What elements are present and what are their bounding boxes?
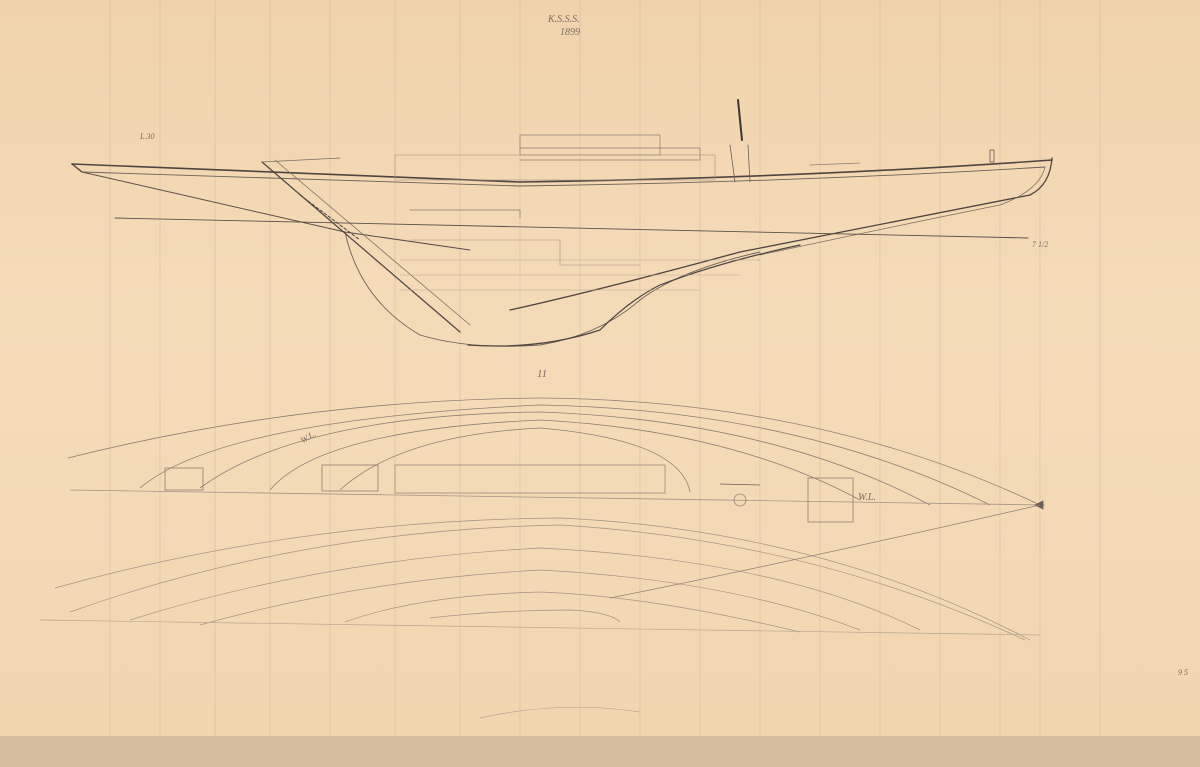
sheer-plan [72, 100, 1052, 346]
station-label: L.30 [140, 132, 154, 141]
station-grid [110, 0, 1100, 736]
midship-mark: 11 [537, 368, 547, 380]
drawing-sheet: K.S.S.S. 1899 L.30 11 W.L. W.L. 7 1/2 9 … [0, 0, 1200, 767]
year-mark: 1899 [560, 27, 580, 38]
edge-note: 9 5 [1178, 668, 1188, 677]
title-mark: K.S.S.S. [548, 14, 580, 25]
waterline-label-right: W.L. [858, 492, 876, 503]
yacht-lines-drawing [0, 0, 1200, 767]
stem-mark: 7 1/2 [1032, 240, 1048, 249]
half-breadth-plan [68, 398, 1045, 522]
section-lines [40, 505, 1040, 718]
